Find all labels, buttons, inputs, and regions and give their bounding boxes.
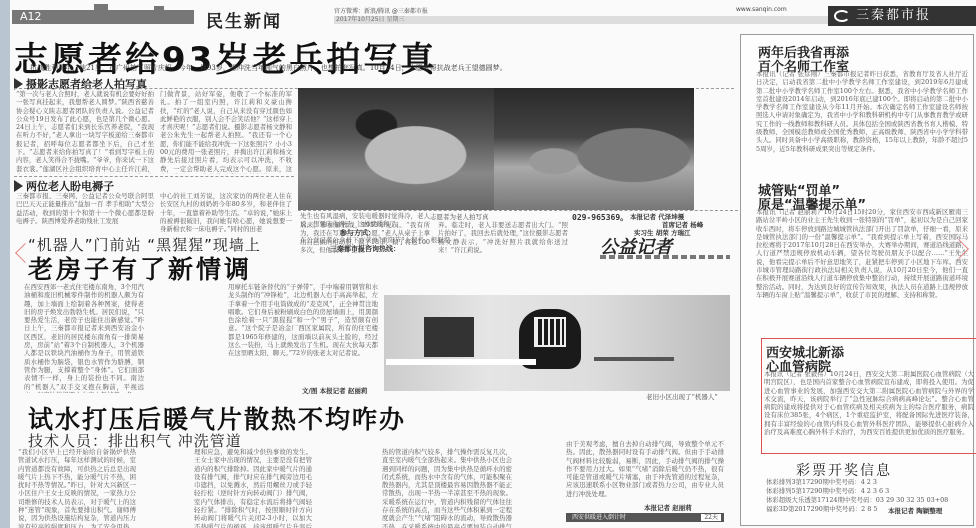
logo-underline [600,255,730,259]
hotline-number: 029-965369。 [572,212,628,223]
robot-column-2: 用摩托车链条替代的“子弹带”，手中端着用钢管和水龙头制作的“冲锋枪”，北边机器人… [228,283,378,393]
website-url[interactable]: www.sanqin.com [736,6,787,13]
triangle-bullet-icon [14,180,23,192]
masthead: A12 民生新闻 官方微博：新浪/腾讯 @三秦都市报 2017年10月25日 星… [10,0,976,28]
divider [298,210,738,211]
lead-column-4: 弃。临走时，老人非要送志愿者出大门。“照片拍好了，我回去后就处理，”这位摄影志愿… [438,221,568,255]
lead-standfirst: 抗战胜利那年，他21岁，在广州拍了照片庆祝。今年，他93岁，想冲洗当年帅气的黑白… [30,64,730,73]
photo-volunteer-photographer[interactable] [494,88,694,210]
photo-robot-shape [424,317,474,357]
heating-column-1: “我们小区早上已经开始给自备锅炉供热管道试水打压，每年这样测试的时候，室内管道都… [18,448,136,528]
divider [14,176,294,177]
second-column-2: 中心的社工刘芳说，这次家访的两位老人住在长安区九村的刘奶奶今年80多岁，和老伴住… [160,192,292,234]
second-column-3: 先生也有风湿病，安装电暖器时觉得冷，老人说，想要床电褥子，这样就暖和了。 [300,212,430,229]
lottery-line: 体彩排列5第17290期中奖号码：4 2 3 6 3 [766,487,970,496]
second-column-1: 三秦都市报、三秦网、公益记者公众号联合阿里巴巴天天正能量推出“益加一百 孝手相助… [16,192,154,234]
lottery-line: 体彩排列3第17290期中奖号码：4 2 3 [766,478,970,487]
photo-table-shape [386,359,536,365]
lead-column-1: “第一次与老人合照时，老人就说有机会要好好拍一张写真挂起来，我想帮老人圆梦。”陕… [16,90,154,174]
heating-column-3: 热的管道内积气较多，排气操作需反复几次，直至室内暖气全部热起来。集中供热小区也会… [382,448,512,528]
countdown-days: 22天 [701,514,721,521]
photo-cage-shape [534,317,566,347]
section-name: 民生新闻 [206,7,282,32]
paper-logo: 三秦都市报 [828,6,976,26]
hotline-label: 三秦都市报咨询热线： [330,244,400,254]
paper-name: 三秦都市报 [856,8,931,23]
countdown-label: 西安供暖进入倒计时 [572,514,626,521]
sidebar-story3-text: 本报讯（记者 张毅伟）10月24日，西安交大第二附属医院心血管病院（大明宫院区）… [764,370,974,452]
sidebar-story1-text: 本报讯（记者 张彦刚）三秦都市报记者昨日获悉，省教育厅及省人社厅近日决定，启动我… [756,70,968,168]
viewer-left-strip [0,0,10,528]
lead-photo-caption: 志愿者为老人拍写真 [430,212,489,221]
sidebar-story2-text: 本报讯（记者 赵丽莉）10月24日15时20分，家住西安市西咸新区雁南三路站岔平… [756,208,968,330]
photo-volunteer-elder[interactable] [298,88,494,210]
lottery-line: 福彩3D第2017290期中奖号码：2 8 5 [766,505,886,514]
heating-column-4: 由于美观考虑，擅自去掉自动排气阀，导致整个单元不热。因此，散热器同时设有手动排气… [566,440,724,502]
great-wall-graphic [54,10,194,24]
logo-swirl-icon [834,10,850,22]
robot-column-1: 在西安西郊一老式住宅楼东南角，3个用汽油桶和废旧机械零件制作的机器人颇为有趣，加… [24,283,144,393]
robot-byline: 文/图 本报记者 赵丽莉 [302,386,367,395]
lottery-byline: 本报记者 陶颖整理 [888,506,942,515]
lead-column-2: 门做背景，站好军姿，他敬了一个标准的军礼。拍了一组室内照，许江莉和义豪山搀扶，“… [160,90,292,174]
issue-date: 2017年10月25日 星期三 [336,16,404,23]
photo-robots-gorilla-mural[interactable] [384,295,730,391]
lottery-line: 体彩超级大乐透第17124期中奖号码：03 29 30 32 35 03+08 [766,496,970,505]
heating-column-2: 理和应急，避免和减少供热事故的发生。王女士家中出现的情况，主要是没有把管道内的积… [194,448,312,528]
lead-headline: 志愿者给93岁老兵拍写真 [14,32,437,81]
robot-photo-caption: 老旧小区出现了“机器人” [646,392,718,401]
heating-byline: 本报记者 赵丽莉 [644,503,692,512]
weibo-info: 官方微博：新浪/腾讯 @三秦都市报 [334,6,428,15]
robot-headline: 老房子有了新情调 [28,250,252,286]
heating-countdown-bar: 西安供暖进入倒计时 22天 [566,513,724,522]
photo-bench-shape [594,357,674,361]
lottery-title: 彩票开奖信息 [796,460,892,480]
page-number: A12 [12,10,54,24]
newspaper-page: A12 民生新闻 官方微博：新浪/腾讯 @三秦都市报 2017年10月25日 星… [10,0,976,528]
